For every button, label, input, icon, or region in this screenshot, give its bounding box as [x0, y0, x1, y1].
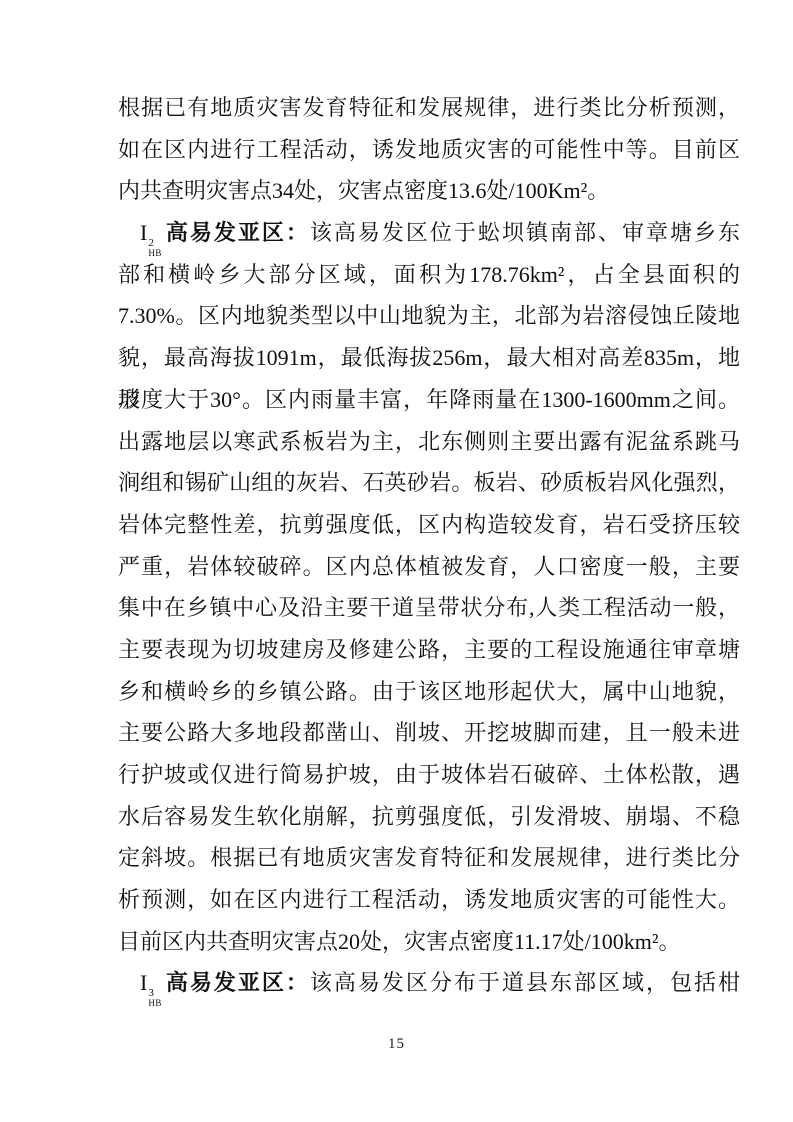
paragraph-line: 水后容易发生软化崩解，抗剪强度低，引发滑坡、崩塌、不稳 — [118, 796, 740, 838]
paragraph-line: 析预测，如在区内进行工程活动，诱发地质灾害的可能性大。 — [118, 879, 740, 921]
paragraph-line: 主要表现为切坡建房及修建公路，主要的工程设施通往审章塘 — [118, 629, 740, 671]
subzone-title: 高易发亚区： — [164, 220, 310, 245]
paragraph-line: 行护坡或仅进行简易护坡，由于坡体岩石破碎、土体松散，遇 — [118, 754, 740, 796]
body-text: 根据已有地质灾害发育特征和发展规律，进行类比分析预测， 如在区内进行工程活动，诱… — [118, 87, 740, 1004]
zone-symbol: I — [140, 970, 147, 995]
document-page: 根据已有地质灾害发育特征和发展规律，进行类比分析预测， 如在区内进行工程活动，诱… — [0, 0, 793, 1122]
paragraph-line: 定斜坡。根据已有地质灾害发育特征和发展规律，进行类比分 — [118, 837, 740, 879]
zone-symbol-scripts: 3HB — [148, 988, 162, 1008]
paragraph-line: 严重，岩体较破碎。区内总体植被发育，人口密度一般，主要 — [118, 546, 740, 588]
subzone-title: 高易发亚区： — [164, 970, 310, 995]
paragraph-line: I2HB高易发亚区：该高易发区位于蚣坝镇南部、审章塘乡东 — [118, 212, 740, 254]
paragraph-line: 出露地层以寒武系板岩为主，北东侧则主要出露有泥盆系跳马 — [118, 421, 740, 463]
paragraph-line: 如在区内进行工程活动，诱发地质灾害的可能性中等。目前区 — [118, 129, 740, 171]
paragraph-line: 集中在乡镇中心及沿主要干道呈带状分布,人类工程活动一般， — [118, 587, 740, 629]
paragraph-line: 主要公路大多地段都凿山、削坡、开挖坡脚而建，且一般未进 — [118, 712, 740, 754]
zone-symbol: I — [140, 220, 147, 245]
subzone-header: I3HB高易发亚区： — [140, 970, 310, 995]
paragraph-line: 7.30%。区内地貌类型以中山地貌为主，北部为岩溶侵蚀丘陵地 — [118, 295, 740, 337]
paragraph-line: 根据已有地质灾害发育特征和发展规律，进行类比分析预测， — [118, 87, 740, 129]
paragraph-line: 岩体完整性差，抗剪强度低，区内构造较发育，岩石受挤压较 — [118, 504, 740, 546]
subzone-header: I2HB高易发亚区： — [140, 220, 310, 245]
paragraph-text: 该高易发区分布于道县东部区域，包括柑 — [310, 970, 740, 995]
paragraph-text: 该高易发区位于蚣坝镇南部、审章塘乡东 — [310, 220, 740, 245]
paragraph-line: 部和横岭乡大部分区域，面积为178.76km²，占全县面积的 — [118, 254, 740, 296]
paragraph-line: I3HB高易发亚区：该高易发区分布于道县东部区域，包括柑 — [118, 962, 740, 1004]
page-number: 15 — [0, 1036, 793, 1053]
paragraph-line: 坡度大于30°。区内雨量丰富，年降雨量在1300-1600mm之间。 — [118, 379, 740, 421]
subscript: HB — [148, 999, 162, 1008]
paragraph-line: 貌，最高海拔1091m，最低海拔256m，最大相对高差835m，地形 — [118, 337, 740, 379]
paragraph-line: 乡和横岭乡的乡镇公路。由于该区地形起伏大，属中山地貌， — [118, 671, 740, 713]
paragraph-line: 涧组和锡矿山组的灰岩、石英砂岩。板岩、砂质板岩风化强烈， — [118, 462, 740, 504]
paragraph-line: 内共查明灾害点34处，灾害点密度13.6处/100Km²。 — [118, 170, 740, 212]
paragraph-line: 目前区内共查明灾害点20处，灾害点密度11.17处/100km²。 — [118, 921, 740, 963]
